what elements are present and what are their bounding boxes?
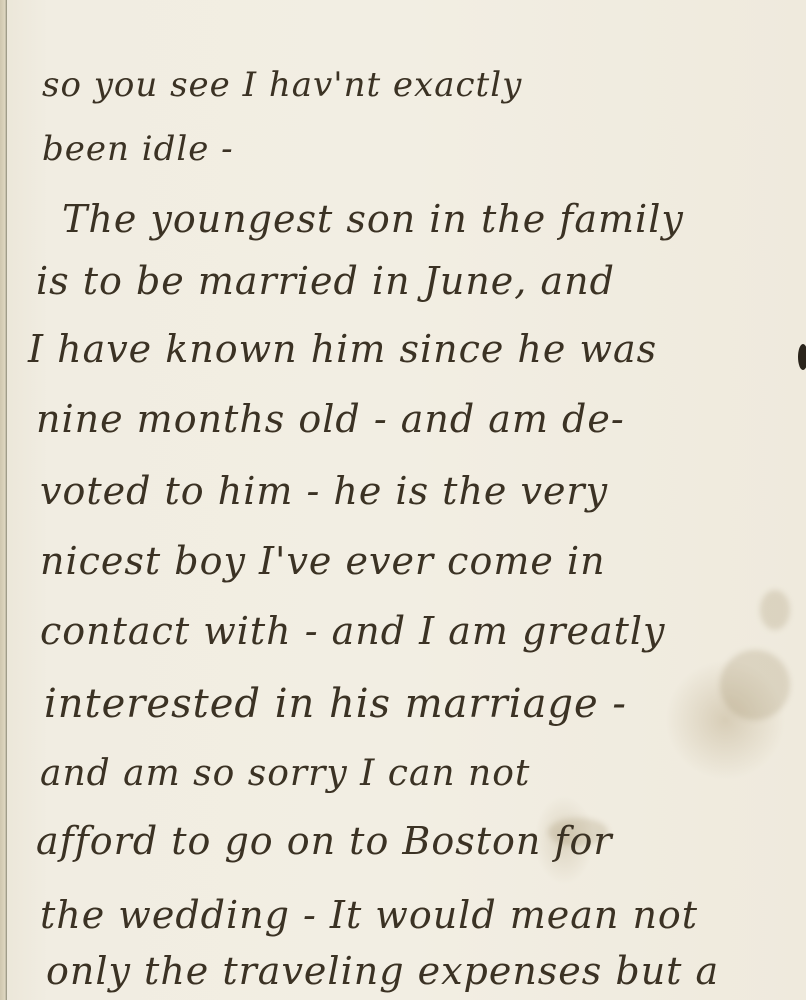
text-line: contact with - and I am greatly <box>40 612 666 650</box>
page-left-edge <box>0 0 7 1000</box>
letter-page: so you see I hav'nt exactly been idle - … <box>0 0 806 1000</box>
text-line: been idle - <box>42 132 234 166</box>
text-line: is to be married in June, and <box>36 262 615 300</box>
text-line: nicest boy I've ever come in <box>40 542 606 580</box>
text-line: afford to go on to Boston for <box>36 822 613 860</box>
binding-hole <box>798 344 806 370</box>
text-line: only the traveling expenses but a <box>46 952 719 990</box>
text-line: interested in his marriage - <box>44 684 627 724</box>
text-line: nine months old - and am de- <box>36 400 625 438</box>
text-line: the wedding - It would mean not <box>40 896 698 934</box>
text-line: I have known him since he was <box>28 330 657 368</box>
ink-stain <box>760 590 790 630</box>
text-line: and am so sorry I can not <box>40 756 530 792</box>
text-line: The youngest son in the family <box>62 200 684 238</box>
ink-stain <box>720 650 790 720</box>
text-line: so you see I hav'nt exactly <box>42 68 522 102</box>
text-line: voted to him - he is the very <box>40 472 608 510</box>
